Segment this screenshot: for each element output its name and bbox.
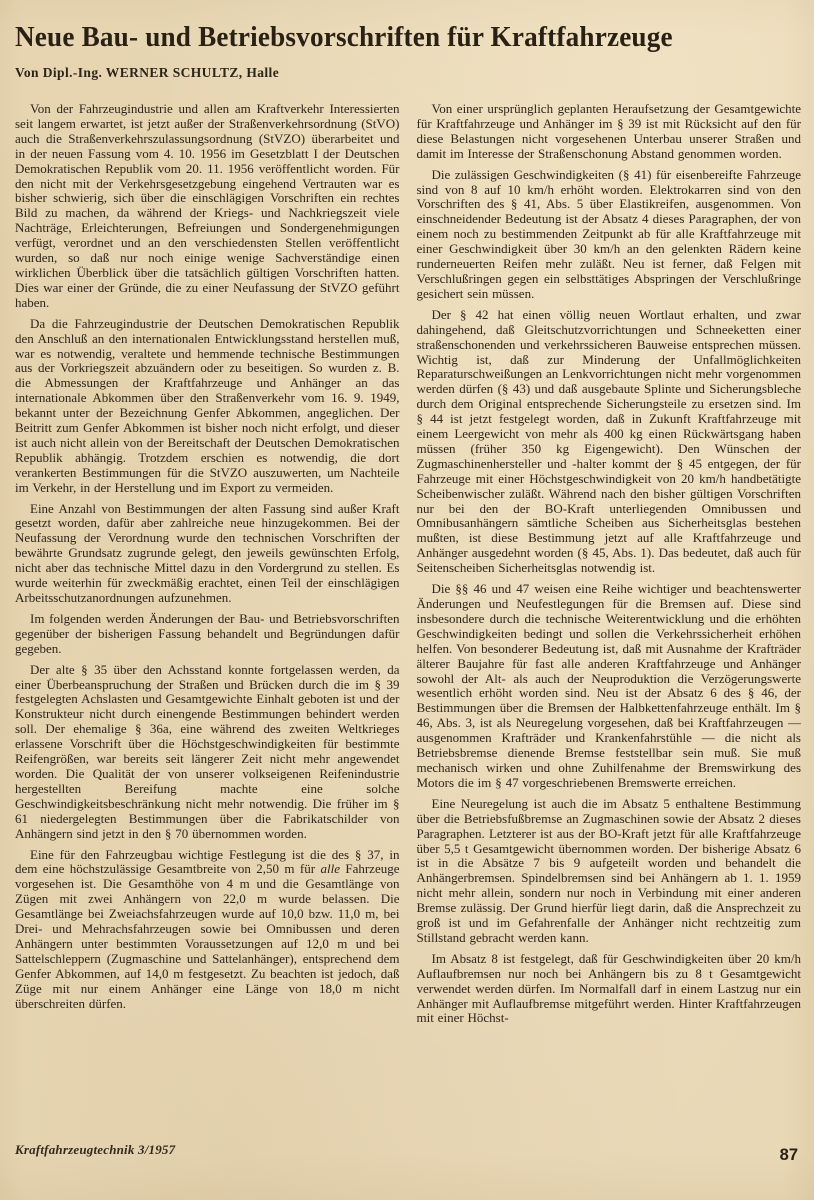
paragraph: Der § 42 hat einen völlig neuen Wortlaut… — [417, 308, 802, 576]
paragraph: Die zulässigen Geschwindigkeiten (§ 41) … — [417, 168, 802, 302]
paragraph: Da die Fahrzeugindustrie der Deutschen D… — [15, 317, 400, 496]
paragraph: Von der Fahrzeugindustrie und allen am K… — [15, 102, 400, 311]
paragraph: Von einer ursprünglich geplanten Heraufs… — [417, 102, 802, 162]
article-title: Neue Bau- und Betriebsvorschriften für K… — [15, 22, 777, 54]
left-column: Von der Fahrzeugindustrie und allen am K… — [15, 102, 400, 1032]
paragraph: Eine Neuregelung ist auch die im Absatz … — [417, 797, 802, 946]
paragraph: Der alte § 35 über den Achsstand konnte … — [15, 663, 400, 842]
scanned-journal-page: { "article": { "title": "Neue Bau- und B… — [0, 0, 814, 1200]
footer-journal-title: Kraftfahrzeugtechnik 3/1957 — [15, 1142, 175, 1158]
right-column: Von einer ursprünglich geplanten Heraufs… — [417, 102, 802, 1032]
page-number: 87 — [780, 1146, 798, 1165]
article-byline: Von Dipl.-Ing. WERNER SCHULTZ, Halle — [15, 65, 801, 81]
paragraph: Eine Anzahl von Bestimmungen der alten F… — [15, 502, 400, 606]
paragraph: Eine für den Fahrzeugbau wichtige Festle… — [15, 848, 400, 1012]
paragraph-text: Fahrzeuge vorgesehen ist. Die Gesamthöhe… — [15, 861, 400, 1010]
emphasized-word: alle — [320, 861, 340, 876]
paragraph: Im folgenden werden Änderungen der Bau- … — [15, 612, 400, 657]
paragraph: Die §§ 46 und 47 weisen eine Reihe wicht… — [417, 582, 802, 791]
paragraph: Im Absatz 8 ist festgelegt, daß für Gesc… — [417, 952, 802, 1027]
page: Neue Bau- und Betriebsvorschriften für K… — [0, 0, 814, 1200]
two-column-text-block: Von der Fahrzeugindustrie und allen am K… — [15, 102, 801, 1032]
